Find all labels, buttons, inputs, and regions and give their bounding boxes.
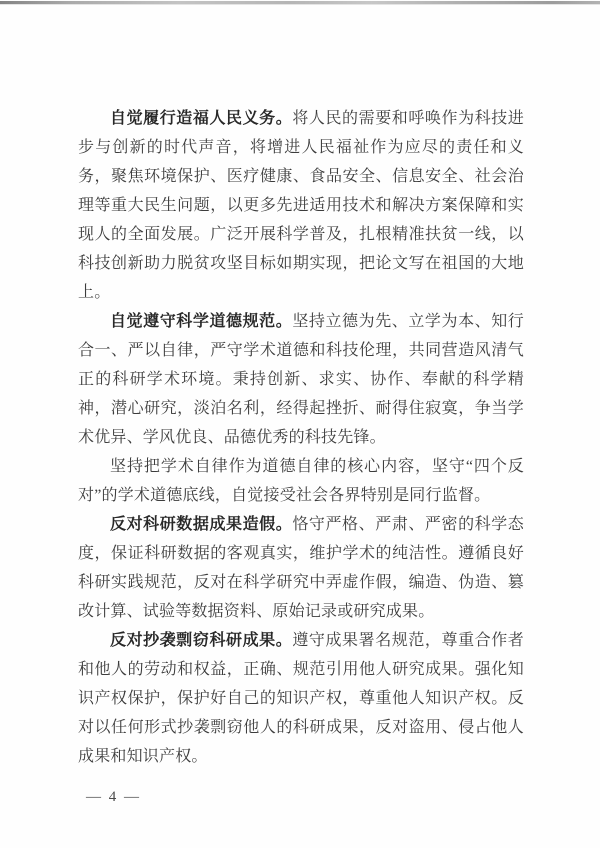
paragraph-text: 坚持立德为先、立学为本、知行合一、严以自律，严守学术道德和科技伦理，共同营造风清… — [78, 313, 524, 446]
scan-edge-shadow — [0, 4, 600, 5]
page-number: — 4 — — [78, 789, 524, 806]
paragraph-oppose-plagiarism: 反对抄袭剽窃科研成果。遵守成果署名规范，尊重合作者和他人的劳动和权益，正确、规范… — [78, 626, 524, 771]
paragraph-text: 将人民的需要和呼唤作为科技进步与创新的时代声音，将增进人民福祉作为应尽的责任和义… — [78, 110, 524, 301]
paragraph-text: 遵守成果署名规范，尊重合作者和他人的劳动和权益，正确、规范引用他人研究成果。强化… — [78, 632, 524, 765]
paragraph-lead: 反对科研数据成果造假。 — [110, 516, 292, 533]
paragraph-lead: 反对抄袭剽窃科研成果。 — [110, 632, 292, 649]
document-page: 自觉履行造福人民义务。将人民的需要和呼唤作为科技进步与创新的时代声音，将增进人民… — [0, 0, 600, 848]
paragraph-oppose-data-fraud: 反对科研数据成果造假。恪守严格、严肃、严密的科学态度，保证科研数据的客观真实，维… — [78, 510, 524, 626]
paragraph-lead: 自觉履行造福人民义务。 — [110, 110, 292, 127]
document-body: 自觉履行造福人民义务。将人民的需要和呼唤作为科技进步与创新的时代声音，将增进人民… — [78, 104, 524, 806]
paragraph-science-ethics: 自觉遵守科学道德规范。坚持立德为先、立学为本、知行合一、严以自律，严守学术道德和… — [78, 307, 524, 452]
paragraph-text: 坚持把学术自律作为道德自律的核心内容，坚守“四个反对”的学术道德底线，自觉接受社… — [78, 458, 524, 504]
paragraph-lead: 自觉遵守科学道德规范。 — [110, 313, 292, 330]
paragraph-serve-people: 自觉履行造福人民义务。将人民的需要和呼唤作为科技进步与创新的时代声音，将增进人民… — [78, 104, 524, 307]
paragraph-self-discipline: 坚持把学术自律作为道德自律的核心内容，坚守“四个反对”的学术道德底线，自觉接受社… — [78, 452, 524, 510]
